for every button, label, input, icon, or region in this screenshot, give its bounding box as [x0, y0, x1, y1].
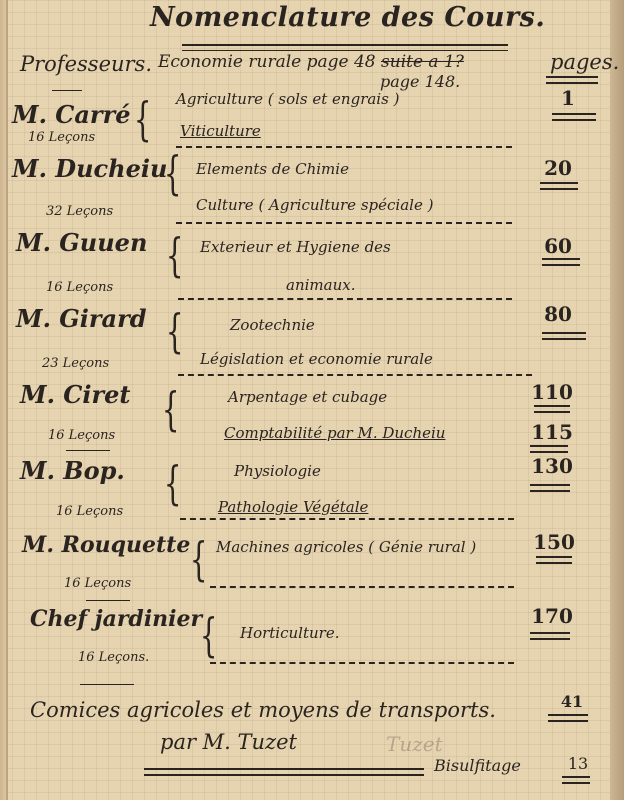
brace-icon: { — [162, 386, 180, 432]
page-number-rule — [542, 258, 580, 266]
professor-name: M. Girard — [16, 304, 147, 333]
course-title: Viticulture — [180, 122, 261, 140]
footer-underline — [144, 768, 424, 776]
footer-extra-label: Bisulfitage — [434, 756, 521, 775]
page-number: 170 — [530, 604, 574, 628]
course-title: Zootechnie — [230, 316, 315, 334]
page-number: 60 — [536, 234, 580, 258]
footer-teacher: par M. Tuzet — [160, 730, 297, 754]
professor-name: M. Ciret — [20, 380, 131, 409]
course-title: Arpentage et cubage — [228, 388, 387, 406]
course-title: Machines agricoles ( Génie rural ) — [216, 538, 476, 556]
brace-icon: { — [200, 612, 218, 658]
page-number-rule — [530, 484, 570, 492]
dashed-divider — [178, 374, 532, 376]
pages-header: pages. — [550, 50, 619, 74]
brace-icon: { — [164, 460, 182, 506]
course-title: animaux. — [286, 276, 355, 294]
page-number-rule — [552, 113, 596, 121]
separator-mark — [80, 684, 134, 685]
dashed-divider — [210, 662, 514, 664]
course-title: Physiologie — [234, 462, 321, 480]
lecons-count: 23 Leçons — [42, 356, 109, 371]
professor-name: M. Bop. — [20, 456, 125, 485]
professor-name: Chef jardinier — [30, 606, 202, 632]
course-title: Agriculture ( sols et engrais ) — [176, 90, 399, 108]
separator-mark — [52, 90, 82, 91]
footer-extra-page: 13 — [556, 754, 600, 773]
professor-name: M. Ducheiu — [12, 154, 167, 183]
footer-course-title: Comices agricoles et moyens de transport… — [30, 698, 496, 722]
brace-icon: { — [164, 150, 182, 196]
page-right-edge — [610, 0, 624, 800]
lecons-count: 16 Leçons — [56, 504, 123, 519]
lecons-count: 16 Leçons — [64, 576, 131, 591]
professors-header: Professeurs. — [20, 52, 152, 76]
header-note-text: Economie rurale page 48 — [158, 52, 376, 72]
page-number: 130 — [530, 454, 574, 478]
brace-icon: { — [190, 536, 208, 582]
course-title: Elements de Chimie — [196, 160, 349, 178]
page-number-rule — [530, 632, 570, 640]
page-number-rule — [530, 445, 568, 453]
dashed-divider — [180, 518, 514, 520]
page-title: Nomenclature des Cours. — [150, 2, 545, 33]
page-number: 20 — [536, 156, 580, 180]
header-note: Economie rurale page 48 suite a 1? — [158, 52, 464, 72]
lecons-count: 16 Leçons — [28, 130, 95, 145]
course-title: Exterieur et Hygiene des — [200, 238, 391, 256]
page-number: 1 — [546, 86, 590, 110]
dashed-divider — [176, 146, 512, 148]
footer-page-number: 41 — [550, 692, 594, 711]
separator-mark — [66, 450, 110, 451]
course-title: Pathologie Végétale — [218, 498, 368, 516]
dashed-divider — [210, 586, 514, 588]
course-title: Horticulture. — [240, 624, 339, 642]
pages-header-rule — [546, 76, 598, 84]
page-number: 80 — [536, 302, 580, 326]
separator-mark — [86, 600, 130, 601]
course-title: Comptabilité par M. Ducheiu — [224, 424, 445, 442]
page-number: 150 — [532, 530, 576, 554]
lecons-count: 16 Leçons — [48, 428, 115, 443]
title-underline — [182, 44, 508, 51]
course-title: Culture ( Agriculture spéciale ) — [196, 196, 433, 214]
professor-name: M. Rouquette — [22, 532, 190, 558]
lecons-count: 16 Leçons. — [78, 650, 149, 665]
page-number-rule — [534, 405, 570, 413]
page-number-rule — [540, 182, 578, 190]
page-number: 115 — [530, 420, 574, 444]
dashed-divider — [178, 298, 512, 300]
dashed-divider — [176, 222, 512, 224]
brace-icon: { — [134, 96, 152, 142]
professor-name: M. Carré — [12, 100, 131, 129]
page-binding-line — [6, 0, 8, 800]
header-note-line2: page 148. — [380, 72, 460, 91]
lecons-count: 32 Leçons — [46, 204, 113, 219]
footer-page-rule — [548, 714, 588, 722]
brace-icon: { — [166, 232, 184, 278]
page-number: 110 — [530, 380, 574, 404]
course-title: Législation et economie rurale — [200, 350, 433, 368]
brace-icon: { — [166, 308, 184, 354]
page-number-rule — [542, 332, 586, 340]
page-number-rule — [536, 556, 572, 564]
footer-extra-rule — [562, 776, 590, 784]
footer-bleed-through: Tuzet — [386, 732, 443, 756]
header-note-struck: suite a 1? — [381, 52, 464, 72]
lecons-count: 16 Leçons — [46, 280, 113, 295]
professor-name: M. Guuen — [16, 228, 147, 257]
